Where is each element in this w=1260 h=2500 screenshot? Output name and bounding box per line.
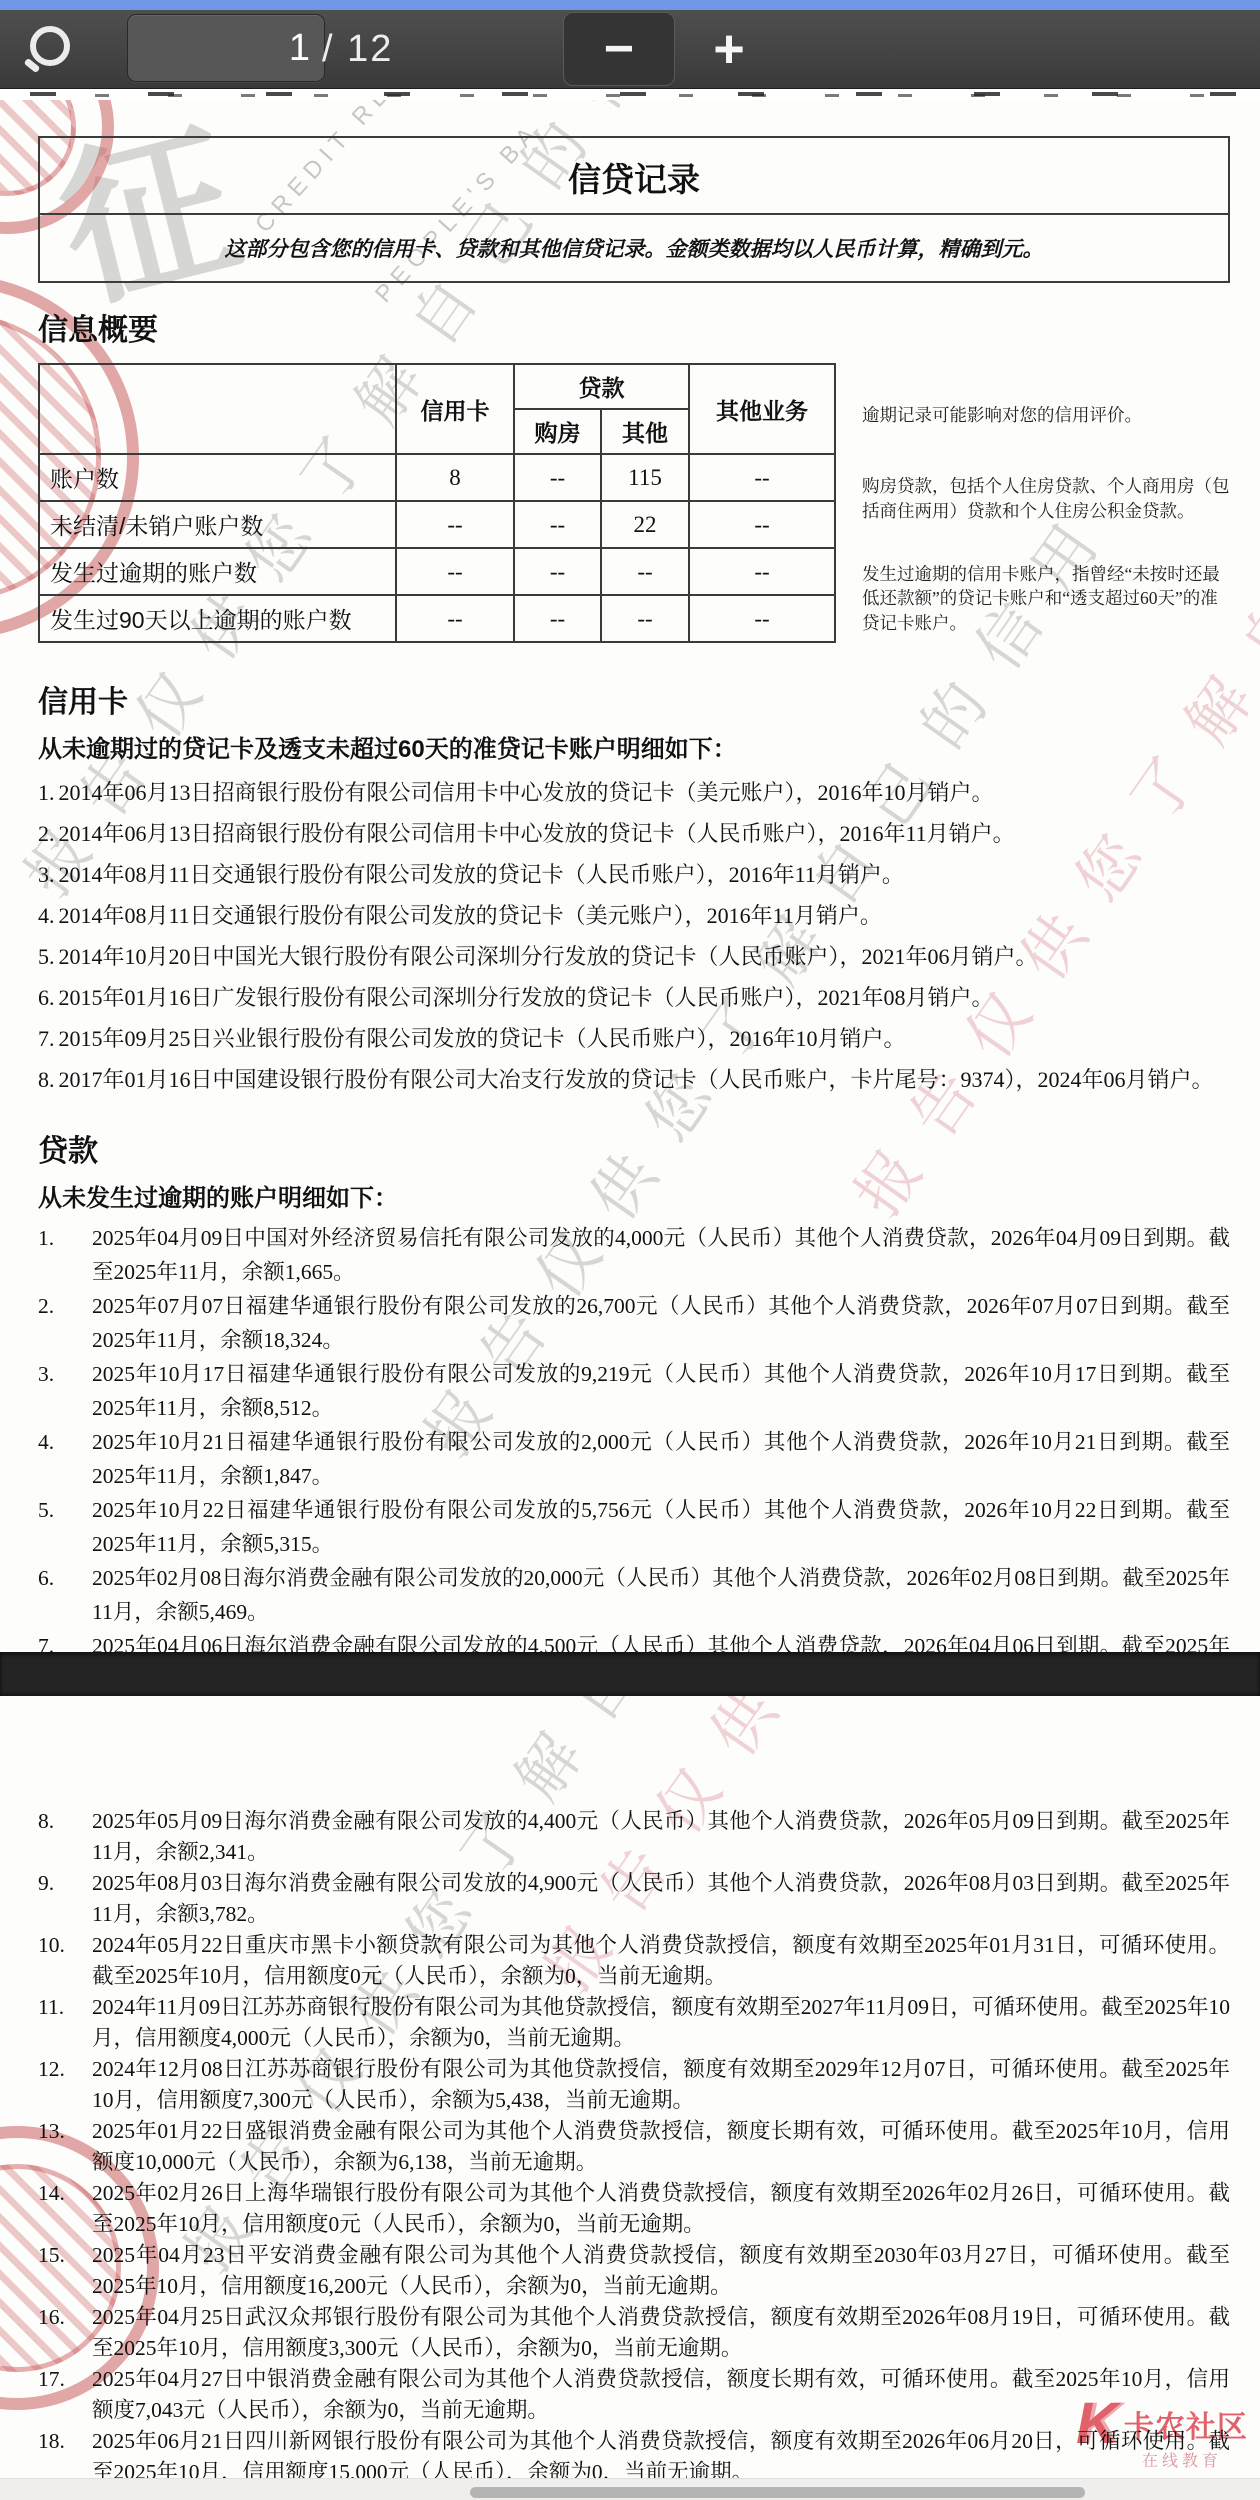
credit-card-list-item: 5.2014年10月20日中国光大银行股份有限公司深圳分行发放的贷记卡（人民币账… <box>38 936 1230 977</box>
page-count-label: / 12 <box>322 28 393 71</box>
credit-card-list-item: 1.2014年06月13日招商银行股份有限公司信用卡中心发放的贷记卡（美元账户）… <box>38 772 1230 813</box>
side-note: 发生过逾期的信用卡账户，指曾经“未按时还最低还款额”的贷记卡账户和“透支超过60… <box>862 562 1230 637</box>
loan-list-item: 7. 2025年04月06日海尔消费金融有限公司发放的4,500元（人民币）其他… <box>38 1629 1230 1652</box>
page-title: 信贷记录 <box>40 138 1228 213</box>
loan-list-item: 4. 2025年10月21日福建华通银行股份有限公司发放的2,000元（人民币）… <box>38 1425 1230 1493</box>
clipped-text-row <box>0 88 1260 100</box>
horizontal-scrollbar-handle[interactable] <box>470 2487 1085 2498</box>
loan-list-item: 18. 2025年06月21日四川新网银行股份有限公司为其他个人消费贷款授信，额… <box>38 2426 1230 2478</box>
section-heading-loans: 贷款 <box>38 1126 1230 1170</box>
kanong-logo: K 卡农社区 在线教育 <box>1076 2396 1256 2471</box>
item-number: 8. <box>38 1806 92 1868</box>
summary-cell-house: -- <box>514 454 601 501</box>
summary-table: 信用卡 贷款 其他业务 购房 其他 账户数 8 -- <box>38 363 836 643</box>
item-text: 2025年06月21日四川新网银行股份有限公司为其他个人消费贷款授信，额度有效期… <box>92 2426 1230 2478</box>
item-number: 16. <box>38 2302 92 2364</box>
item-text: 2025年04月09日中国对外经济贸易信托有限公司发放的4,000元（人民币）其… <box>92 1221 1230 1289</box>
item-number: 2. <box>38 1289 92 1357</box>
section-heading-credit-card: 信用卡 <box>38 677 1230 721</box>
loan-list-page2: 8. 2025年05月09日海尔消费金融有限公司发放的4,400元（人民币）其他… <box>38 1806 1230 2478</box>
item-number: 2. <box>38 821 55 846</box>
zoom-out-button[interactable]: − <box>563 12 675 86</box>
item-number: 7. <box>38 1629 92 1652</box>
clipped-text-fragments <box>95 94 1225 97</box>
summary-cell-other: 115 <box>601 454 689 501</box>
summary-cell-other-biz: -- <box>689 548 835 595</box>
item-number: 8. <box>38 1067 55 1092</box>
summary-cell-other: -- <box>601 548 689 595</box>
item-text: 2025年04月27日中银消费金融有限公司为其他个人消费贷款授信，额度长期有效，… <box>92 2364 1230 2426</box>
item-number: 1. <box>38 1221 92 1289</box>
item-text: 2014年08月11日交通银行股份有限公司发放的贷记卡（人民币账户），2016年… <box>59 862 904 887</box>
item-text: 2025年02月08日海尔消费金融有限公司发放的20,000元（人民币）其他个人… <box>92 1561 1230 1629</box>
item-number: 7. <box>38 1026 55 1051</box>
summary-cell-house: -- <box>514 548 601 595</box>
credit-card-list-item: 4.2014年08月11日交通银行股份有限公司发放的贷记卡（美元账户），2016… <box>38 895 1230 936</box>
loan-list-item: 2. 2025年07月07日福建华通银行股份有限公司发放的26,700元（人民币… <box>38 1289 1230 1357</box>
item-text: 2014年06月13日招商银行股份有限公司信用卡中心发放的贷记卡（美元账户），2… <box>59 780 994 805</box>
summary-table-row: 发生过90天以上逾期的账户数 -- -- -- -- <box>39 595 835 642</box>
loan-list-item: 12. 2024年12月08日江苏苏商银行股份有限公司为其他贷款授信，额度有效期… <box>38 2054 1230 2116</box>
credit-record-title-box: 信贷记录 这部分包含您的信用卡、贷款和其他信贷记录。金额类数据均以人民币计算，精… <box>38 136 1230 283</box>
summary-cell-other-biz: -- <box>689 454 835 501</box>
summary-col-other-biz: 其他业务 <box>689 364 835 454</box>
item-number: 17. <box>38 2364 92 2426</box>
item-text: 2025年02月26日上海华瑞银行股份有限公司为其他个人消费贷款授信，额度有效期… <box>92 2178 1230 2240</box>
item-text: 2015年01月16日广发银行股份有限公司深圳分行发放的贷记卡（人民币账户），2… <box>59 985 994 1010</box>
item-text: 2014年08月11日交通银行股份有限公司发放的贷记卡（美元账户），2016年1… <box>59 903 882 928</box>
summary-col-empty <box>39 364 396 454</box>
bottom-bar <box>0 2478 1260 2500</box>
item-text: 2025年05月09日海尔消费金融有限公司发放的4,400元（人民币）其他个人消… <box>92 1806 1230 1868</box>
item-number: 10. <box>38 1930 92 1992</box>
kanong-logo-name: 卡农社区 <box>1124 2402 1248 2446</box>
pdf-page-2: 报告仅供您了解自己的信用 报告仅供您了解自己的信用 8. 2025年05月09日… <box>0 1696 1260 2478</box>
credit-card-list-item: 7.2015年09月25日兴业银行股份有限公司发放的贷记卡（人民币账户），201… <box>38 1018 1230 1059</box>
summary-cell-credit-card: 8 <box>396 454 514 501</box>
item-number: 5. <box>38 1493 92 1561</box>
item-number: 3. <box>38 1357 92 1425</box>
loan-list-item: 15. 2025年04月23日平安消费金融有限公司为其他个人消费贷款授信，额度有… <box>38 2240 1230 2302</box>
summary-table-row: 发生过逾期的账户数 -- -- -- -- <box>39 548 835 595</box>
summary-side-notes: 逾期记录可能影响对您的信用评价。 购房贷款，包括个人住房贷款、个人商用房（包括商… <box>836 363 1230 643</box>
item-number: 1. <box>38 780 55 805</box>
pdf-page-1: 征 CREDIT REFE PEOPLE'S BA 报告仅供您了解自己的信用 报… <box>0 100 1260 1652</box>
loan-list-item: 13. 2025年01月22日盛银消费金融有限公司为其他个人消费贷款授信，额度长… <box>38 2116 1230 2178</box>
item-number: 4. <box>38 1425 92 1493</box>
item-text: 2014年06月13日招商银行股份有限公司信用卡中心发放的贷记卡（人民币账户），… <box>59 821 1015 846</box>
pdf-loading-progress-bar <box>0 0 1260 10</box>
item-number: 4. <box>38 903 55 928</box>
kanong-logo-tagline: 在线教育 <box>1142 2448 1256 2471</box>
page-number-input[interactable] <box>127 14 325 82</box>
item-text: 2025年07月07日福建华通银行股份有限公司发放的26,700元（人民币）其他… <box>92 1289 1230 1357</box>
item-text: 2025年10月17日福建华通银行股份有限公司发放的9,219元（人民币）其他个… <box>92 1357 1230 1425</box>
summary-cell-house: -- <box>514 501 601 548</box>
search-icon <box>30 26 70 66</box>
item-text: 2024年05月22日重庆市黑卡小额贷款有限公司为其他个人消费贷款授信，额度有效… <box>92 1930 1230 1992</box>
item-number: 12. <box>38 2054 92 2116</box>
summary-cell-house: -- <box>514 595 601 642</box>
loan-list-item: 14. 2025年02月26日上海华瑞银行股份有限公司为其他个人消费贷款授信，额… <box>38 2178 1230 2240</box>
title-note: 这部分包含您的信用卡、贷款和其他信贷记录。金额类数据均以人民币计算，精确到元。 <box>40 213 1228 281</box>
loan-list-item: 10. 2024年05月22日重庆市黑卡小额贷款有限公司为其他个人消费贷款授信，… <box>38 1930 1230 1992</box>
credit-card-list-item: 2.2014年06月13日招商银行股份有限公司信用卡中心发放的贷记卡（人民币账户… <box>38 813 1230 854</box>
loan-list-page1: 1. 2025年04月09日中国对外经济贸易信托有限公司发放的4,000元（人民… <box>38 1221 1230 1652</box>
item-number: 6. <box>38 1561 92 1629</box>
item-text: 2025年10月22日福建华通银行股份有限公司发放的5,756元（人民币）其他个… <box>92 1493 1230 1561</box>
section-heading-summary: 信息概要 <box>38 305 1230 349</box>
item-number: 3. <box>38 862 55 887</box>
loan-list-item: 17. 2025年04月27日中银消费金融有限公司为其他个人消费贷款授信，额度长… <box>38 2364 1230 2426</box>
item-text: 2017年01月16日中国建设银行股份有限公司大冶支行发放的贷记卡（人民币账户，… <box>59 1067 1214 1092</box>
item-text: 2024年11月09日江苏苏商银行股份有限公司为其他贷款授信，额度有效期至202… <box>92 1992 1230 2054</box>
summary-cell-other: 22 <box>601 501 689 548</box>
summary-cell-credit-card: -- <box>396 548 514 595</box>
item-number: 13. <box>38 2116 92 2178</box>
page-gap <box>0 1652 1260 1696</box>
loan-list-item: 3. 2025年10月17日福建华通银行股份有限公司发放的9,219元（人民币）… <box>38 1357 1230 1425</box>
summary-col-other: 其他 <box>601 409 689 454</box>
item-text: 2025年04月25日武汉众邦银行股份有限公司为其他个人消费贷款授信，额度有效期… <box>92 2302 1230 2364</box>
item-text: 2014年10月20日中国光大银行股份有限公司深圳分行发放的贷记卡（人民币账户）… <box>59 944 1038 969</box>
summary-table-row: 未结清/未销户账户数 -- -- 22 -- <box>39 501 835 548</box>
summary-row-label: 账户数 <box>39 454 396 501</box>
summary-table-row: 账户数 8 -- 115 -- <box>39 454 835 501</box>
item-text: 2025年04月23日平安消费金融有限公司为其他个人消费贷款授信，额度有效期至2… <box>92 2240 1230 2302</box>
item-text: 2025年10月21日福建华通银行股份有限公司发放的2,000元（人民币）其他个… <box>92 1425 1230 1493</box>
side-note: 购房贷款，包括个人住房贷款、个人商用房（包括商住两用）贷款和个人住房公积金贷款。 <box>862 474 1230 524</box>
item-number: 5. <box>38 944 55 969</box>
credit-card-list-item: 6.2015年01月16日广发银行股份有限公司深圳分行发放的贷记卡（人民币账户）… <box>38 977 1230 1018</box>
item-number: 15. <box>38 2240 92 2302</box>
loan-list-item: 6. 2025年02月08日海尔消费金融有限公司发放的20,000元（人民币）其… <box>38 1561 1230 1629</box>
item-number: 6. <box>38 985 55 1010</box>
summary-cell-other-biz: -- <box>689 501 835 548</box>
loan-list-item: 8. 2025年05月09日海尔消费金融有限公司发放的4,400元（人民币）其他… <box>38 1806 1230 1868</box>
item-number: 18. <box>38 2426 92 2478</box>
loan-list-item: 5. 2025年10月22日福建华通银行股份有限公司发放的5,756元（人民币）… <box>38 1493 1230 1561</box>
credit-card-subheading: 从未逾期过的贷记卡及透支未超过60天的准贷记卡账户明细如下： <box>38 729 1230 764</box>
kanong-logo-icon: K <box>1076 2396 1118 2452</box>
loan-list-item: 11. 2024年11月09日江苏苏商银行股份有限公司为其他贷款授信，额度有效期… <box>38 1992 1230 2054</box>
item-text: 2025年04月06日海尔消费金融有限公司发放的4,500元（人民币）其他个人消… <box>92 1629 1230 1652</box>
summary-row-label: 发生过逾期的账户数 <box>39 548 396 595</box>
credit-card-list-item: 3.2014年08月11日交通银行股份有限公司发放的贷记卡（人民币账户），201… <box>38 854 1230 895</box>
item-number: 11. <box>38 1992 92 2054</box>
summary-cell-credit-card: -- <box>396 595 514 642</box>
item-text: 2025年01月22日盛银消费金融有限公司为其他个人消费贷款授信，额度长期有效，… <box>92 2116 1230 2178</box>
summary-row-label: 发生过90天以上逾期的账户数 <box>39 595 396 642</box>
summary-row-label: 未结清/未销户账户数 <box>39 501 396 548</box>
item-text: 2015年09月25日兴业银行股份有限公司发放的贷记卡（人民币账户），2016年… <box>59 1026 906 1051</box>
loan-list-item: 1. 2025年04月09日中国对外经济贸易信托有限公司发放的4,000元（人民… <box>38 1221 1230 1289</box>
item-text: 2024年12月08日江苏苏商银行股份有限公司为其他贷款授信，额度有效期至202… <box>92 2054 1230 2116</box>
loan-list-item: 16. 2025年04月25日武汉众邦银行股份有限公司为其他个人消费贷款授信，额… <box>38 2302 1230 2364</box>
item-number: 14. <box>38 2178 92 2240</box>
zoom-in-button[interactable]: + <box>694 12 764 86</box>
loan-list-item: 9. 2025年08月03日海尔消费金融有限公司发放的4,900元（人民币）其他… <box>38 1868 1230 1930</box>
loans-subheading: 从未发生过逾期的账户明细如下： <box>38 1178 1230 1213</box>
summary-col-house: 购房 <box>514 409 601 454</box>
item-text: 2025年08月03日海尔消费金融有限公司发放的4,900元（人民币）其他个人消… <box>92 1868 1230 1930</box>
pdf-toolbar: / 12 − + <box>0 10 1260 89</box>
credit-card-list-item: 8.2017年01月16日中国建设银行股份有限公司大冶支行发放的贷记卡（人民币账… <box>38 1059 1230 1100</box>
summary-cell-credit-card: -- <box>396 501 514 548</box>
search-button[interactable] <box>18 18 82 82</box>
side-note: 逾期记录可能影响对您的信用评价。 <box>862 403 1230 428</box>
summary-cell-other: -- <box>601 595 689 642</box>
summary-col-credit-card: 信用卡 <box>396 364 514 454</box>
credit-card-list: 1.2014年06月13日招商银行股份有限公司信用卡中心发放的贷记卡（美元账户）… <box>38 772 1230 1100</box>
summary-cell-other-biz: -- <box>689 595 835 642</box>
item-number: 9. <box>38 1868 92 1930</box>
summary-col-loans: 贷款 <box>514 364 689 409</box>
